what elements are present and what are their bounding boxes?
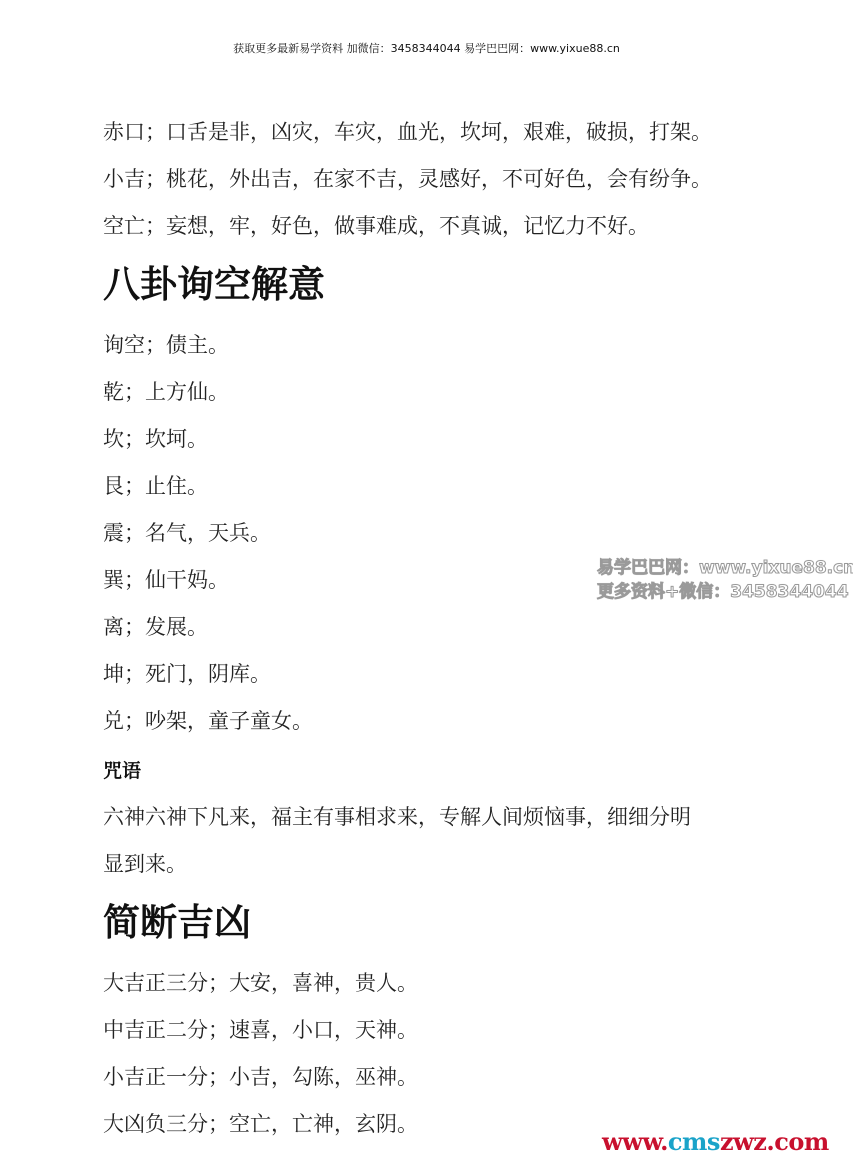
header-banner: 获取更多最新易学资料 加微信：3458344044 易学巴巴网：www.yixu… bbox=[0, 40, 853, 56]
watermark-line-wechat: 更多资料+微信：3458344044 bbox=[597, 580, 853, 604]
list-item-bagua: 坤；死门，阴库。 bbox=[103, 660, 271, 688]
list-item-bagua: 坎；坎坷。 bbox=[103, 425, 208, 453]
list-item-bagua: 震；名气，天兵。 bbox=[103, 519, 271, 547]
paragraph-mantra: 六神六神下凡来，福主有事相求来，专解人间烦恼事，细细分明 bbox=[103, 803, 691, 831]
footer-logo-suffix: zwz.com bbox=[720, 1127, 829, 1156]
footer-logo[interactable]: www.cmszwz.com bbox=[602, 1127, 829, 1156]
watermark-line-site: 易学巴巴网：www.yixue88.cn bbox=[597, 556, 853, 580]
list-item-judgement: 中吉正二分；速喜，小口，天神。 bbox=[103, 1016, 418, 1044]
footer-logo-middle: cms bbox=[668, 1127, 720, 1156]
paragraph-kongwang: 空亡；妄想，牢，好色，做事难成，不真诚，记忆力不好。 bbox=[103, 212, 649, 240]
paragraph-mantra-cont: 显到来。 bbox=[103, 850, 187, 878]
paragraph-xiaoji: 小吉；桃花，外出吉，在家不吉，灵感好，不可好色，会有纷争。 bbox=[103, 165, 712, 193]
watermark: 易学巴巴网：www.yixue88.cn 更多资料+微信：3458344044 bbox=[597, 556, 853, 604]
list-item-judgement: 小吉正一分；小吉，勾陈，巫神。 bbox=[103, 1063, 418, 1091]
heading-mantra: 咒语 bbox=[103, 759, 141, 783]
list-item-bagua: 兑；吵架，童子童女。 bbox=[103, 707, 313, 735]
list-item-bagua: 乾；上方仙。 bbox=[103, 378, 229, 406]
list-item-bagua: 巽；仙干妈。 bbox=[103, 566, 229, 594]
list-item-bagua: 询空；债主。 bbox=[103, 331, 229, 359]
list-item-judgement: 大吉正三分；大安，喜神，贵人。 bbox=[103, 969, 418, 997]
list-item-bagua: 离；发展。 bbox=[103, 613, 208, 641]
paragraph-chikou: 赤口；口舌是非，凶灾，车灾，血光，坎坷，艰难，破损，打架。 bbox=[103, 118, 712, 146]
heading-judgement: 简断吉凶 bbox=[103, 901, 251, 945]
list-item-judgement: 大凶负三分；空亡，亡神，玄阴。 bbox=[103, 1110, 418, 1138]
footer-logo-prefix: www. bbox=[602, 1127, 668, 1156]
list-item-bagua: 艮；止住。 bbox=[103, 472, 208, 500]
heading-bagua: 八卦询空解意 bbox=[103, 263, 325, 307]
